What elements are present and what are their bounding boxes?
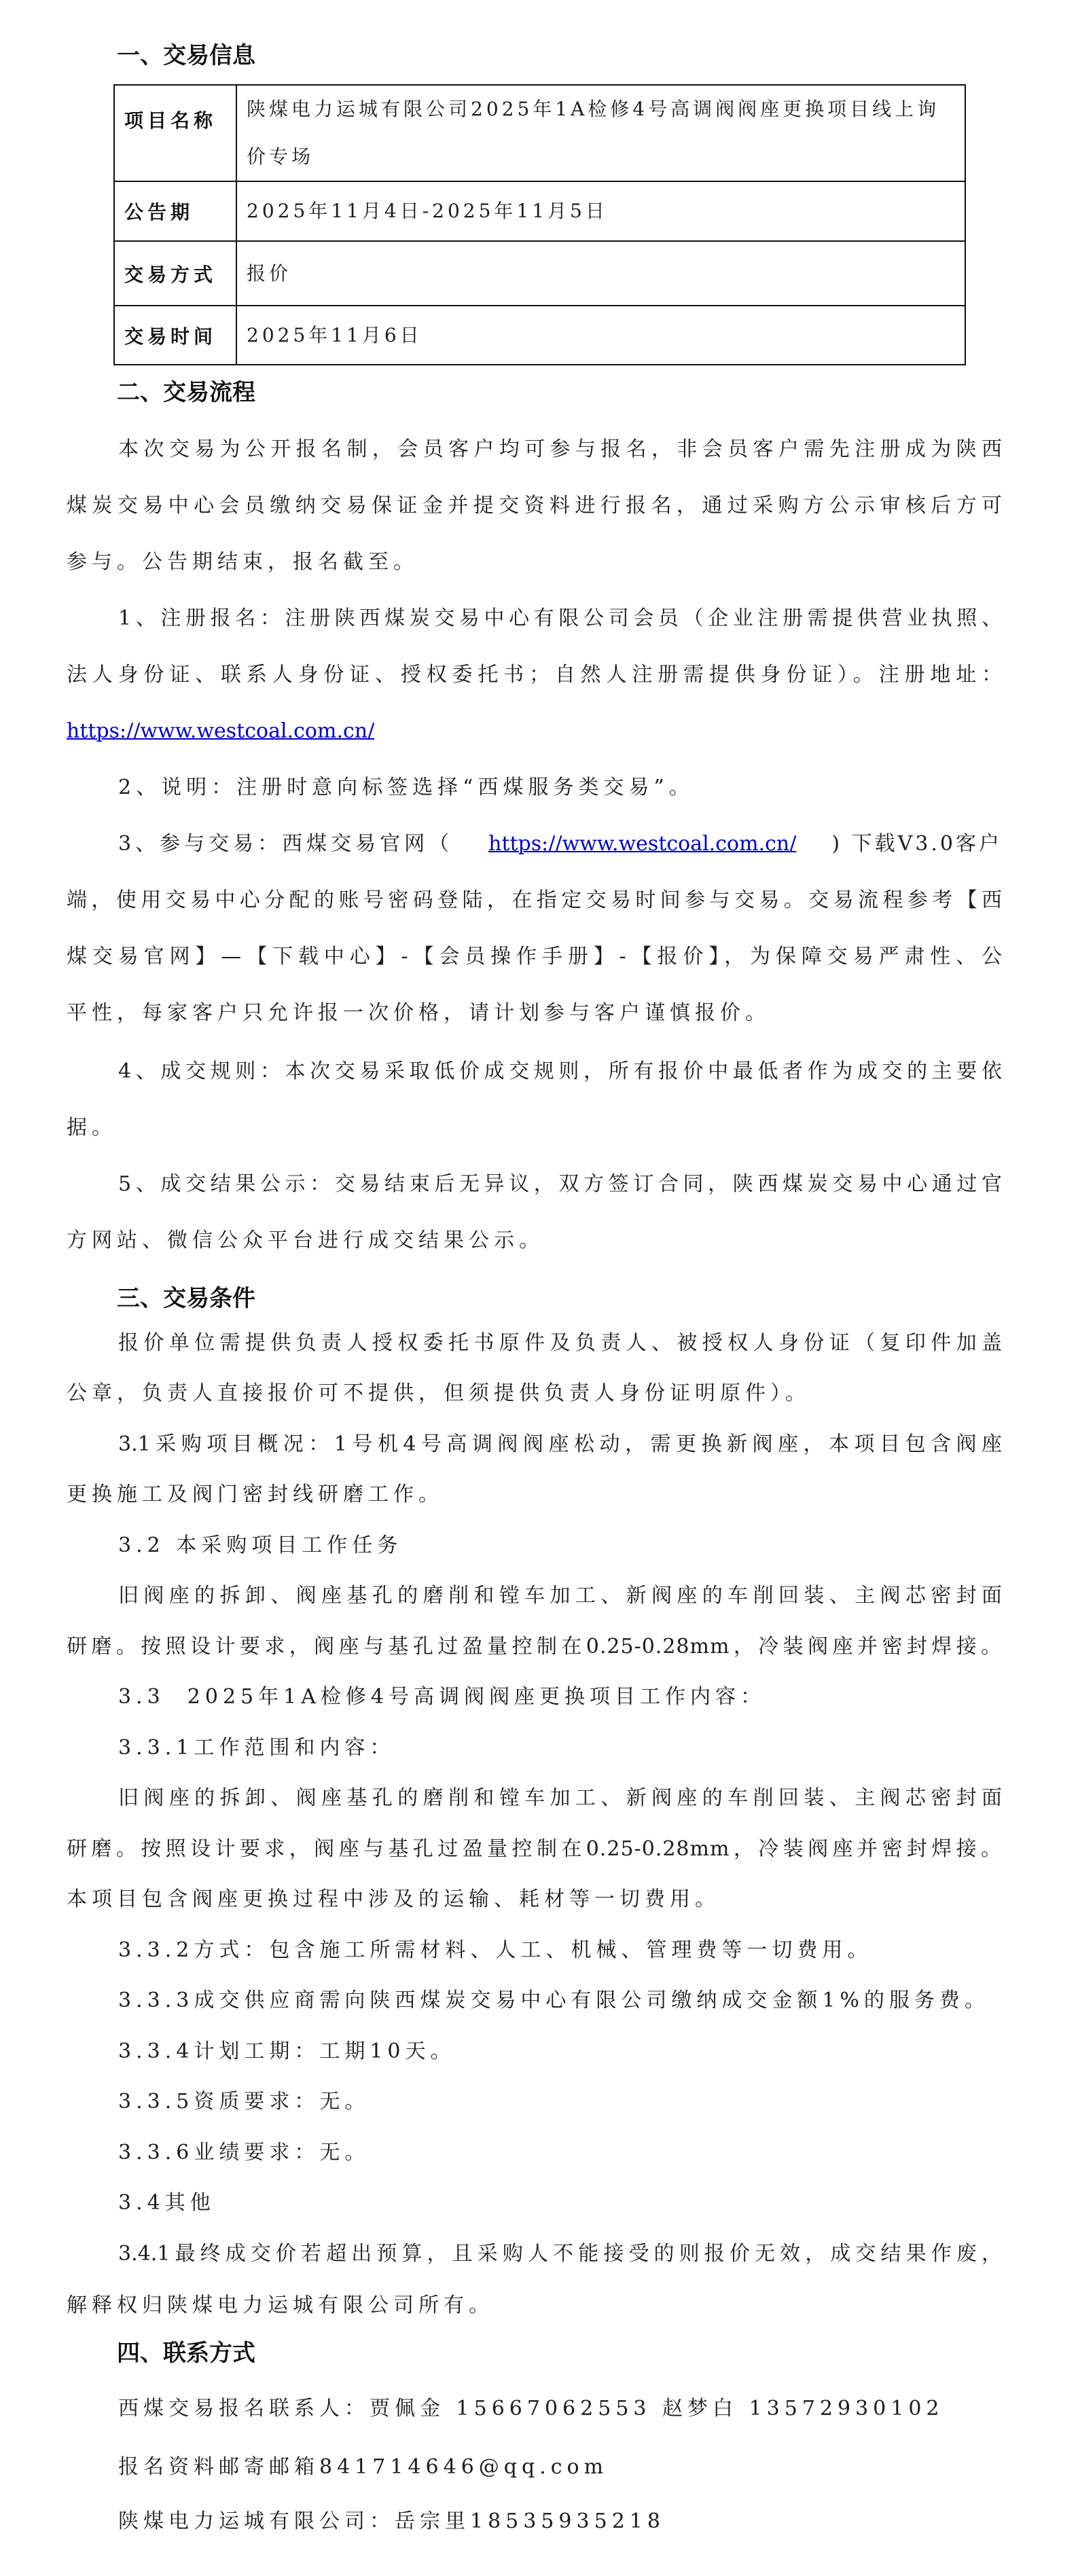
table-row: 交易时间 2025年11月6日 bbox=[114, 306, 965, 365]
westcoal-link-inline[interactable]: https://www.westcoal.com.cn/ bbox=[488, 831, 796, 858]
paragraph-line: 煤交易官网】—【下载中心】-【会员操作手册】-【报价】，为保障交易严肃性、公 bbox=[67, 943, 1002, 970]
paragraph-line: 2、说明：注册时意向标签选择“西煤服务类交易”。 bbox=[118, 774, 694, 801]
table-row: 项目名称 陕煤电力运城有限公司2025年1A检修4号高调阀阀座更换项目线上询价专… bbox=[114, 85, 965, 181]
paragraph-line: 3.4.1最终成交价若超出预算，且采购人不能接受的则报价无效，成交结果作废， bbox=[118, 2241, 1002, 2268]
paragraph-line: 端，使用交易中心分配的账号密码登陆，在指定交易时间参与交易。交易流程参考【西 bbox=[67, 887, 1002, 914]
paragraph-line: 3.1采购项目概况：1号机4号高调阀阀座松动，需更换新阀座，本项目包含阀座 bbox=[118, 1431, 1002, 1458]
section-heading-contact: 四、联系方式 bbox=[117, 2338, 255, 2368]
section-heading-trade-info: 一、交易信息 bbox=[117, 41, 255, 71]
paragraph-line: 据。 bbox=[67, 1114, 117, 1142]
paragraph-line: 更换施工及阀门密封线研磨工作。 bbox=[67, 1481, 444, 1508]
contact-email-line: 报名资料邮寄邮箱841714646@qq.com bbox=[118, 2454, 608, 2481]
paragraph-line: 1、注册报名：注册陕西煤炭交易中心有限公司会员（企业注册需提供营业执照、 bbox=[118, 605, 1002, 632]
table-value: 陕煤电力运城有限公司2025年1A检修4号高调阀阀座更换项目线上询价专场 bbox=[236, 85, 965, 181]
table-value: 报价 bbox=[236, 241, 965, 306]
table-value: 2025年11月4日-2025年11月5日 bbox=[236, 181, 965, 241]
paragraph-line: 报价单位需提供负责人授权委托书原件及负责人、被授权人身份证（复印件加盖 bbox=[118, 1330, 1002, 1357]
paragraph-line: 研磨。按照设计要求，阀座与基孔过盈量控制在0.25-0.28mm，冷装阀座并密封… bbox=[67, 1633, 1002, 1661]
paragraph-line: 旧阀座的拆卸、阀座基孔的磨削和镗车加工、新阀座的车削回装、主阀芯密封面 bbox=[118, 1582, 1002, 1610]
paragraph-line: 3.3.2方式：包含施工所需材料、人工、机械、管理费等一切费用。 bbox=[118, 1937, 872, 1964]
paragraph-line: 3.3.5资质要求：无。 bbox=[118, 2088, 370, 2116]
table-label: 项目名称 bbox=[114, 85, 236, 181]
paragraph-line: 3.3.4计划工期：工期10天。 bbox=[118, 2038, 456, 2065]
paragraph-line: 3.3 2025年1A检修4号高调阀阀座更换项目工作内容： bbox=[118, 1684, 766, 1711]
table-row: 公告期 2025年11月4日-2025年11月5日 bbox=[114, 181, 965, 241]
table-label: 交易时间 bbox=[114, 306, 236, 365]
register-address-line: https://www.westcoal.com.cn/ bbox=[67, 718, 374, 745]
paragraph-line: 法人身份证、联系人身份证、授权委托书；自然人注册需提供身份证）。注册地址： bbox=[67, 661, 1002, 689]
paragraph-text: 3、参与交易：西煤交易官网（ bbox=[118, 831, 453, 858]
paragraph-line: 4、成交规则：本次交易采取低价成交规则，所有报价中最低者作为成交的主要依 bbox=[118, 1058, 1002, 1085]
table-label: 公告期 bbox=[114, 181, 236, 241]
table-row: 交易方式 报价 bbox=[114, 241, 965, 306]
section-heading-trade-process: 二、交易流程 bbox=[117, 378, 255, 407]
paragraph-line: 公章，负责人直接报价可不提供，但须提供负责人身份证明原件）。 bbox=[67, 1380, 810, 1407]
paragraph-line: 3.3.6业绩要求：无。 bbox=[118, 2139, 370, 2166]
contact-line: 陕煤电力运城有限公司：岳宗里18535935218 bbox=[118, 2508, 665, 2535]
paragraph-line: 煤炭交易中心会员缴纳交易保证金并提交资料进行报名，通过采购方公示审核后方可 bbox=[67, 492, 1002, 520]
paragraph-line: 旧阀座的拆卸、阀座基孔的磨削和镗车加工、新阀座的车削回装、主阀芯密封面 bbox=[118, 1785, 1002, 1812]
paragraph-line: 平性，每家客户只允许报一次价格，请计划参与客户谨慎报价。 bbox=[67, 1000, 770, 1027]
westcoal-link[interactable]: https://www.westcoal.com.cn/ bbox=[67, 719, 374, 743]
paragraph-line: 5、成交结果公示：交易结束后无异议，双方签订合同，陕西煤炭交易中心通过官 bbox=[118, 1171, 1002, 1198]
trade-info-table: 项目名称 陕煤电力运城有限公司2025年1A检修4号高调阀阀座更换项目线上询价专… bbox=[113, 84, 966, 365]
paragraph-line: 研磨。按照设计要求，阀座与基孔过盈量控制在0.25-0.28mm，冷装阀座并密封… bbox=[67, 1836, 1002, 1863]
table-label: 交易方式 bbox=[114, 241, 236, 306]
table-value: 2025年11月6日 bbox=[236, 306, 965, 365]
paragraph-line: 本次交易为公开报名制，会员客户均可参与报名，非会员客户需先注册成为陕西 bbox=[118, 436, 1002, 463]
paragraph-line: 解释权归陕煤电力运城有限公司所有。 bbox=[67, 2292, 494, 2319]
paragraph-text: ) 下载V3.0客户 bbox=[831, 831, 1002, 858]
section-heading-trade-conditions: 三、交易条件 bbox=[117, 1284, 255, 1313]
paragraph-line: 本项目包含阀座更换过程中涉及的运输、耗材等一切费用。 bbox=[67, 1886, 720, 1913]
paragraph-line: 3.4其他 bbox=[118, 2190, 215, 2217]
paragraph-line: 3.2 本采购项目工作任务 bbox=[118, 1532, 402, 1559]
contact-line: 西煤交易报名联系人：贾佩金 15667062553 赵梦白 1357293010… bbox=[118, 2395, 944, 2423]
paragraph-line: 3.3.3成交供应商需向陕西煤炭交易中心有限公司缴纳成交金额1%的服务费。 bbox=[118, 1987, 990, 2014]
paragraph-line: 3、参与交易：西煤交易官网（https://www.westcoal.com.c… bbox=[118, 831, 1002, 858]
paragraph-line: 参与。公告期结束，报名截至。 bbox=[67, 549, 418, 576]
paragraph-line: 3.3.1工作范围和内容： bbox=[118, 1735, 395, 1762]
paragraph-line: 方网站、微信公众平台进行成交结果公示。 bbox=[67, 1227, 544, 1254]
